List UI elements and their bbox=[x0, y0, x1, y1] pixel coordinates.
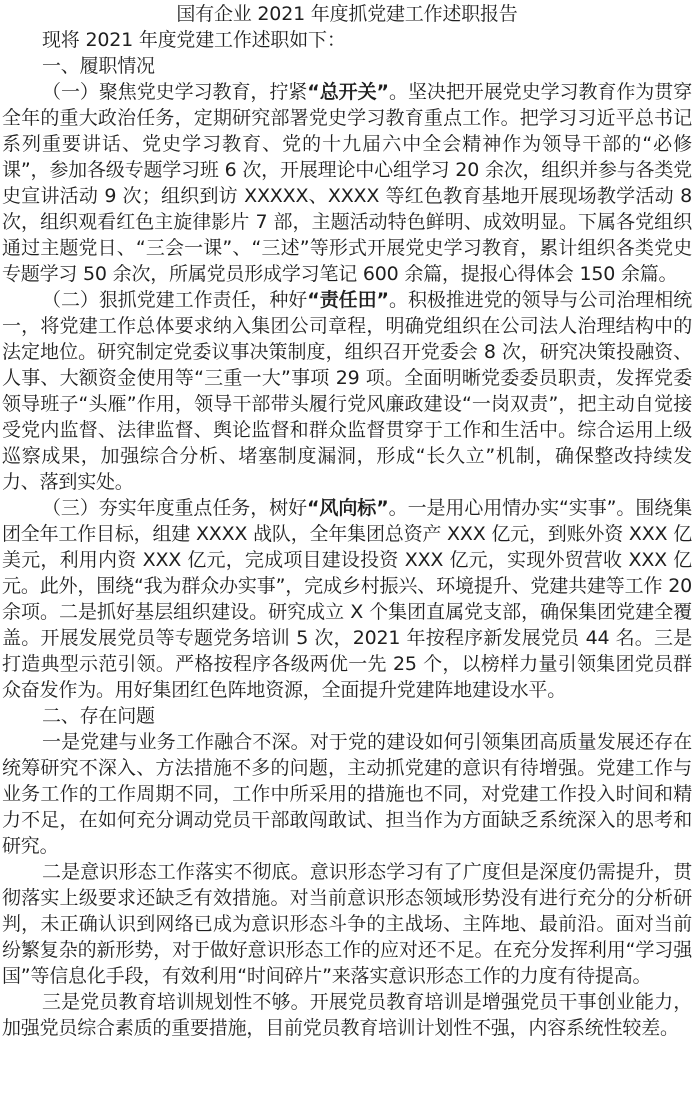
paragraph-annual-tasks: （三）夯实年度重点任务，树好“风向标”。一是用心用情办实“实事”。围绕集团全年工… bbox=[2, 495, 692, 703]
paragraph-key-phrase: “风向标” bbox=[307, 497, 389, 519]
section-heading-performance: 一、履职情况 bbox=[2, 53, 692, 79]
paragraph-responsibility: （二）狠抓党建工作责任，种好“责任田”。积极推进党的领导与公司治理相统一，将党建… bbox=[2, 287, 692, 495]
paragraph-party-history: （一）聚焦党史学习教育，拧紧“总开关”。坚决把开展党史学习教育作为贯穿全年的重大… bbox=[2, 79, 692, 287]
paragraph-lead: （一）聚焦党史学习教育，拧紧 bbox=[42, 81, 307, 103]
document-title: 国有企业 2021 年度抓党建工作述职报告 bbox=[2, 1, 692, 27]
paragraph-body: 。坚决把开展党史学习教育作为贯穿全年的重大政治任务，定期研究部署党史学习教育重点… bbox=[2, 81, 692, 285]
paragraph-problem-integration: 一是党建与业务工作融合不深。对于党的建设如何引领集团高质量发展还存在统筹研究不深… bbox=[2, 729, 692, 859]
paragraph-lead: （三）夯实年度重点任务，树好 bbox=[42, 497, 307, 519]
paragraph-key-phrase: “总开关” bbox=[307, 81, 389, 103]
section-heading-problems: 二、存在问题 bbox=[2, 703, 692, 729]
paragraph-key-phrase: “责任田” bbox=[307, 289, 389, 311]
intro-line: 现将 2021 年度党建工作述职如下： bbox=[2, 27, 692, 53]
paragraph-body: 。积极推进党的领导与公司治理相统一，将党建工作总体要求纳入集团公司章程，明确党组… bbox=[2, 289, 692, 493]
paragraph-body: 。一是用心用情办实“实事”。围绕集团全年工作目标，组建 XXXX 战队，全年集团… bbox=[2, 497, 692, 701]
paragraph-lead: （二）狠抓党建工作责任，种好 bbox=[42, 289, 307, 311]
paragraph-problem-training: 三是党员教育培训规划性不够。开展党员教育培训是增强党员干事创业能力，加强党员综合… bbox=[2, 989, 692, 1041]
paragraph-problem-ideology: 二是意识形态工作落实不彻底。意识形态学习有了广度但是深度仍需提升，贯彻落实上级要… bbox=[2, 859, 692, 989]
document-page: 国有企业 2021 年度抓党建工作述职报告 现将 2021 年度党建工作述职如下… bbox=[2, 1, 692, 1041]
